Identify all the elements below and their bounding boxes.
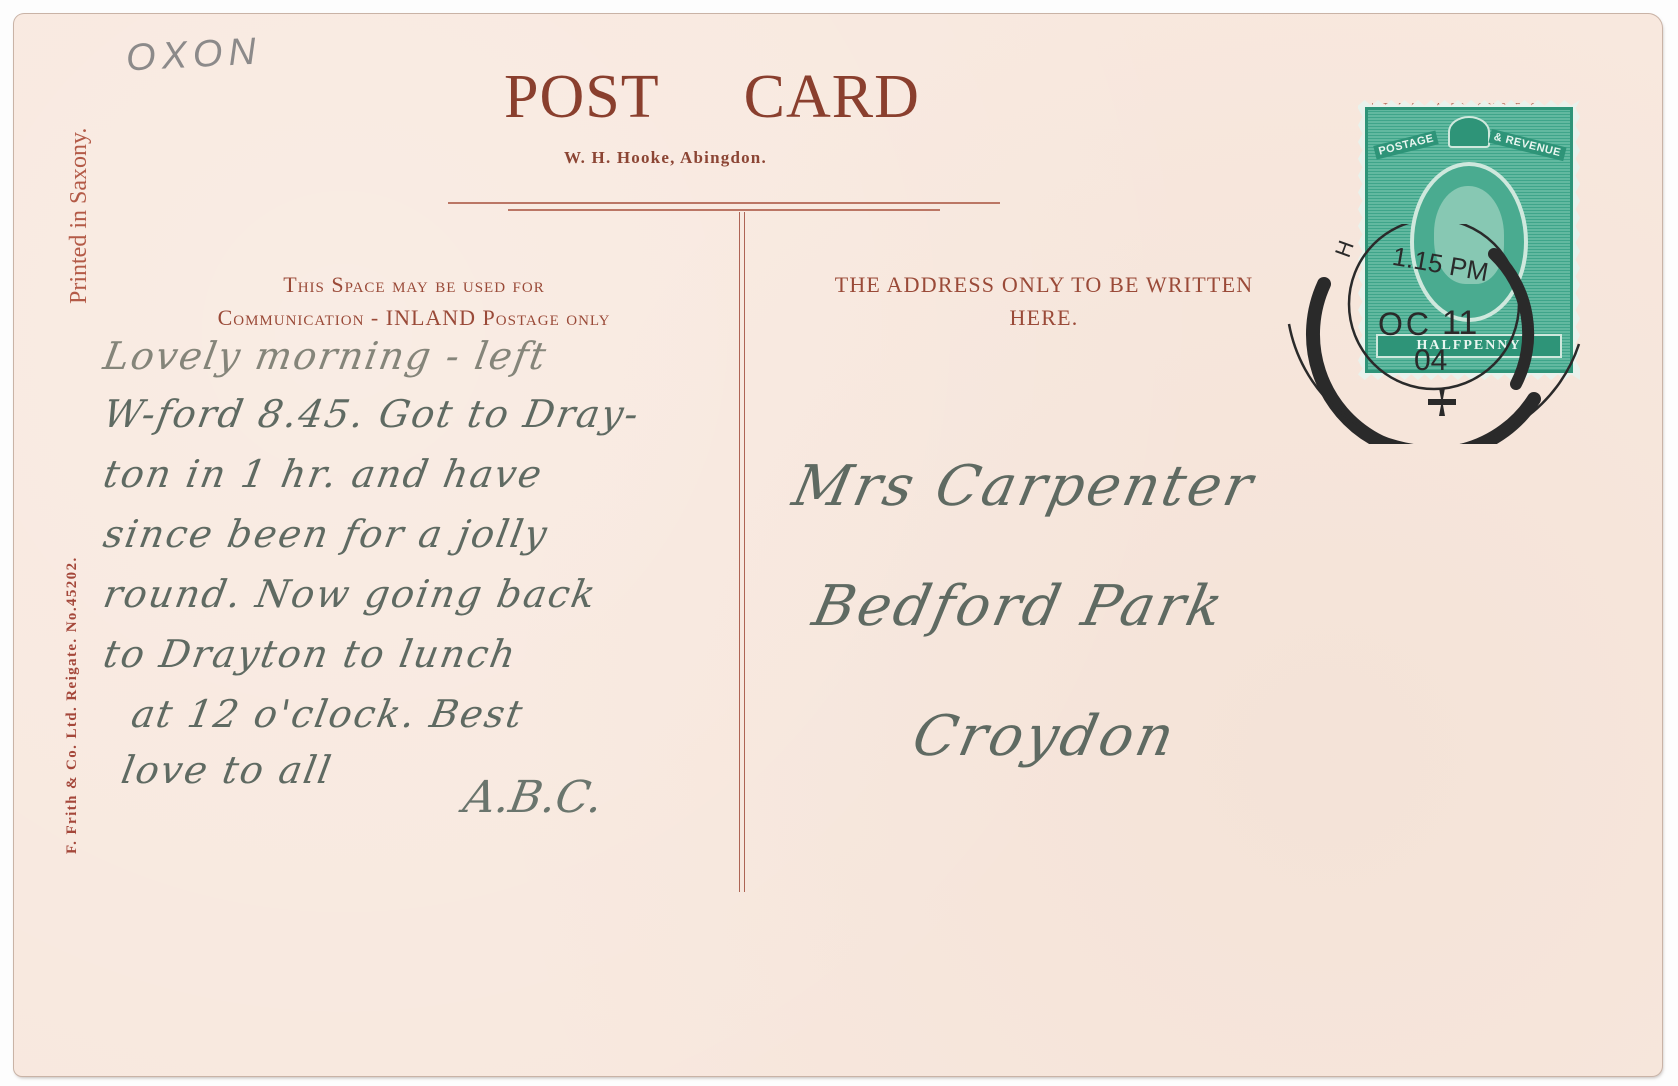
message-line: Lovely morning - left xyxy=(100,334,551,378)
crown-icon xyxy=(1448,116,1490,148)
postmark-town: H xyxy=(1330,237,1360,261)
message-line: at 12 o'clock. Best xyxy=(128,692,527,736)
publisher-imprint-text: F. Frith & Co. Ltd. Reigate. No.45202. xyxy=(64,556,81,854)
address-heading-line2: HERE. xyxy=(754,301,1334,334)
stamp-postage-banner: POSTAGE xyxy=(1373,130,1439,159)
message-line: to Drayton to lunch xyxy=(100,632,521,676)
title-card: CARD xyxy=(744,63,920,131)
header-rule-bottom xyxy=(508,209,940,211)
message-line: love to all xyxy=(118,748,336,792)
handwritten-message: Lovely morning - left W-ford 8.45. Got t… xyxy=(104,334,714,804)
message-line: W-ford 8.45. Got to Dray- xyxy=(100,392,644,436)
address-line-town: Croydon xyxy=(907,704,1182,769)
message-space-heading: This Space may be used for Communication… xyxy=(104,268,724,334)
postmark-cross-icon xyxy=(1428,388,1456,416)
stamp-revenue-banner: & REVENUE xyxy=(1489,129,1567,161)
message-line: since been for a jolly xyxy=(100,512,552,556)
printed-in-saxony-text: Printed in Saxony. xyxy=(66,128,93,304)
handwritten-address: Mrs Carpenter Bedford Park Croydon xyxy=(794,454,1414,794)
signature: A.B.C. xyxy=(460,772,607,823)
center-divider xyxy=(739,212,745,892)
address-heading-line1: THE ADDRESS ONLY TO BE WRITTEN xyxy=(754,268,1334,301)
pencil-note: OXON xyxy=(125,30,263,80)
address-space-heading: THE ADDRESS ONLY TO BE WRITTEN HERE. xyxy=(754,268,1334,334)
postmark-year: 04 xyxy=(1414,344,1447,378)
postmark-day: 11 xyxy=(1442,304,1477,343)
scanned-postcard-scene: OXON Printed in Saxony. F. Frith & Co. L… xyxy=(0,0,1678,1086)
publisher-line: W. H. Hooke, Abingdon. xyxy=(564,148,767,168)
message-heading-line1: This Space may be used for xyxy=(104,268,724,301)
message-line: round. Now going back xyxy=(100,572,600,616)
postcard-back: OXON Printed in Saxony. F. Frith & Co. L… xyxy=(14,14,1662,1076)
postmark-month: OC xyxy=(1378,306,1432,343)
address-line-name: Mrs Carpenter xyxy=(787,454,1261,519)
message-heading-line2: Communication - INLAND Postage only xyxy=(104,301,724,334)
post-card-title: POSTCARD xyxy=(504,62,964,133)
address-line-street: Bedford Park xyxy=(807,574,1231,639)
header-rule-top xyxy=(448,202,1000,204)
message-line: ton in 1 hr. and have xyxy=(100,452,547,496)
title-post: POST xyxy=(504,63,660,131)
